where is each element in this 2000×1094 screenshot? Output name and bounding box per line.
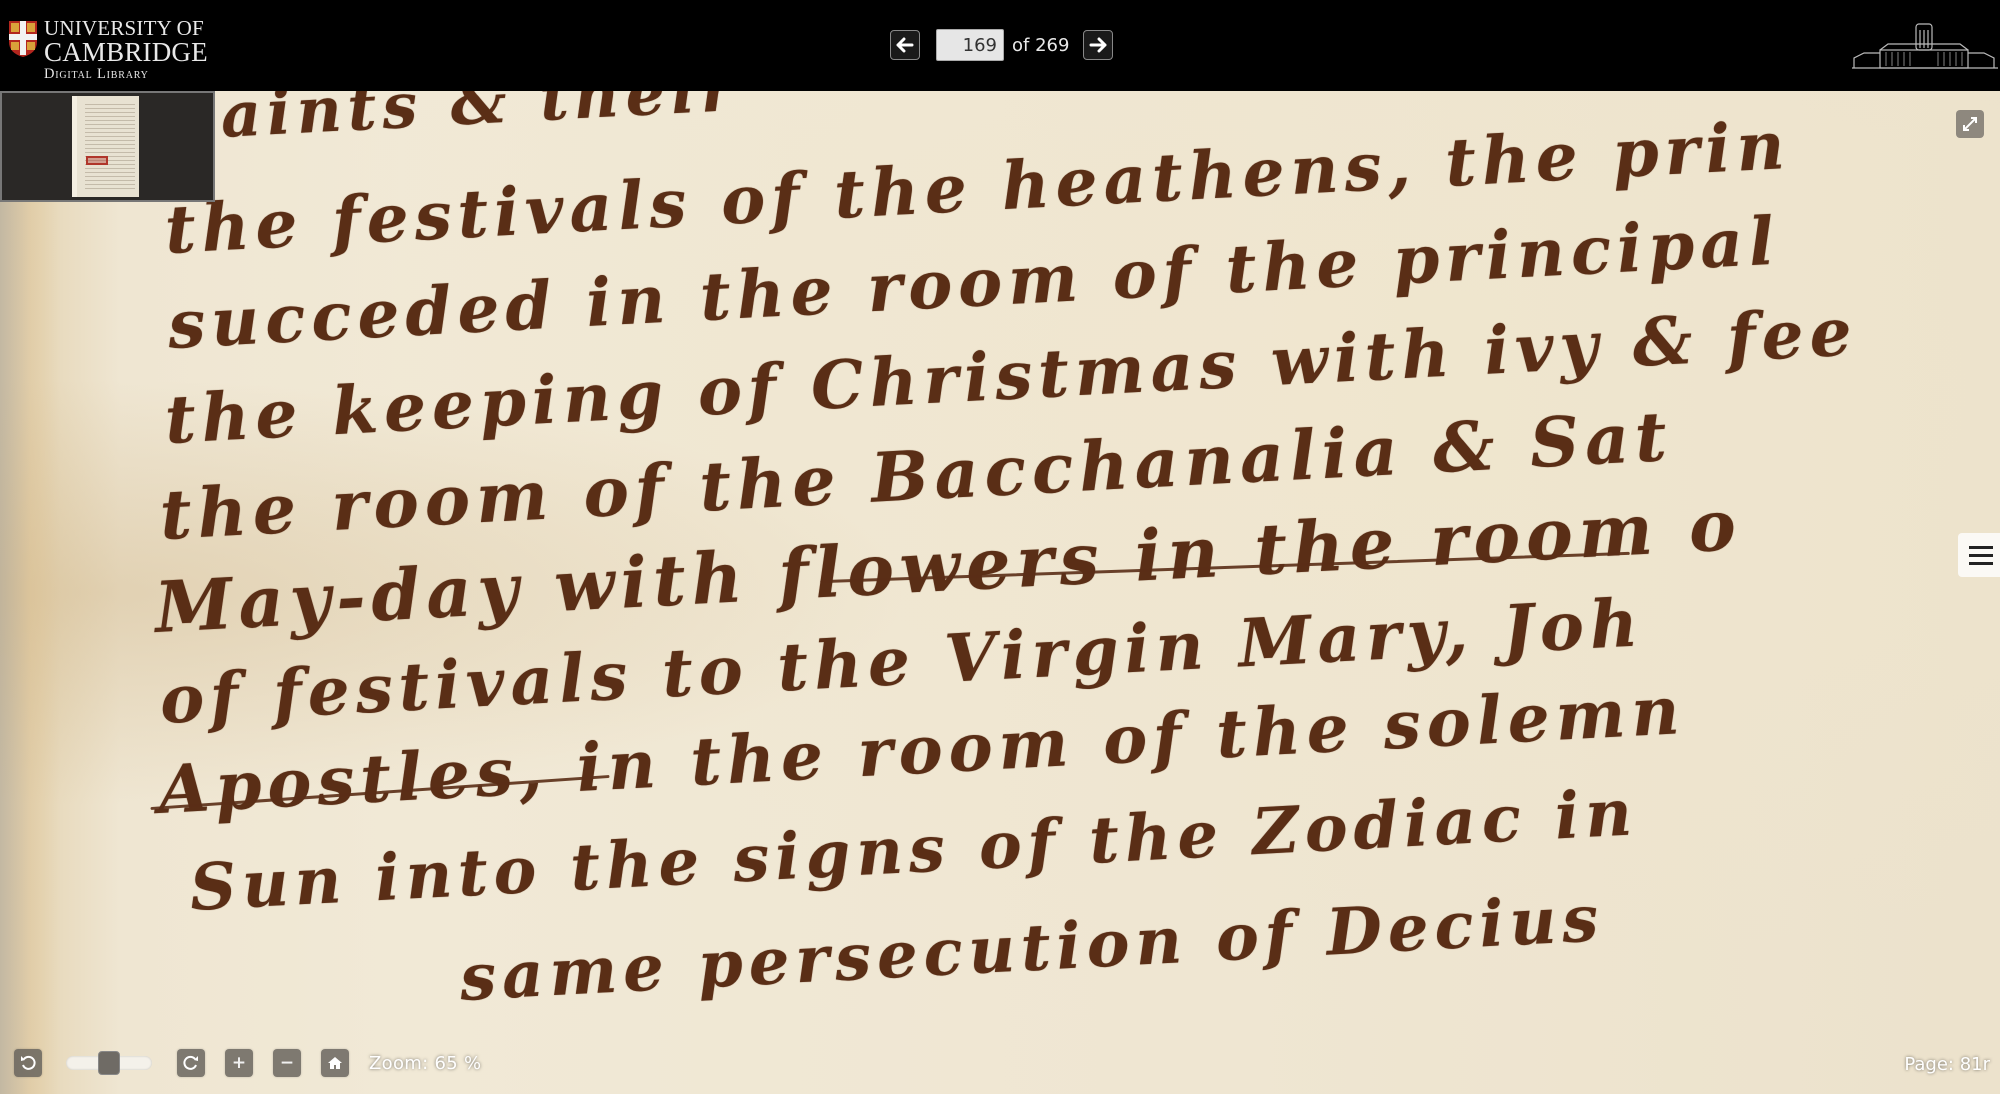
slider-thumb[interactable] bbox=[98, 1051, 120, 1075]
university-shield-icon bbox=[8, 20, 38, 58]
rotate-right-button[interactable] bbox=[177, 1049, 205, 1077]
arrow-right-icon bbox=[1089, 36, 1107, 54]
home-icon bbox=[327, 1055, 343, 1071]
page-folio-label: Page: 81r bbox=[1904, 1054, 1990, 1075]
logo-line-university: UNIVERSITY OF bbox=[44, 18, 208, 39]
next-page-button[interactable] bbox=[1083, 30, 1113, 60]
rotate-left-button[interactable] bbox=[14, 1049, 42, 1077]
rotate-left-icon bbox=[19, 1054, 37, 1072]
thumbnail-navigator[interactable] bbox=[0, 91, 215, 202]
page-navigator: of 269 bbox=[890, 29, 1113, 61]
rotate-right-icon bbox=[182, 1054, 200, 1072]
side-menu-toggle[interactable] bbox=[1958, 533, 2000, 577]
manuscript-line: saints & their bbox=[178, 91, 741, 154]
previous-page-button[interactable] bbox=[890, 30, 920, 60]
library-building-icon[interactable] bbox=[1850, 20, 2000, 72]
logo-line-digital-library: Digital Library bbox=[44, 67, 208, 82]
arrow-left-icon bbox=[896, 36, 914, 54]
navigator-viewport-indicator[interactable] bbox=[86, 156, 108, 165]
home-button[interactable] bbox=[321, 1049, 349, 1077]
navigator-page-thumbnail[interactable] bbox=[72, 96, 139, 197]
rotation-slider[interactable] bbox=[66, 1056, 152, 1070]
zoom-in-button[interactable]: + bbox=[225, 1049, 253, 1077]
zoom-level-label: Zoom: 65 % bbox=[369, 1053, 481, 1074]
zoom-out-button[interactable]: − bbox=[273, 1049, 301, 1077]
viewer-controls: + − Zoom: 65 % bbox=[14, 1049, 481, 1077]
manuscript-page-image[interactable]: saints & theirthe festivals of the heath… bbox=[0, 91, 2000, 1094]
fullscreen-button[interactable] bbox=[1956, 110, 1984, 138]
top-header: UNIVERSITY OF CAMBRIDGE Digital Library … bbox=[0, 0, 2000, 91]
minus-icon: − bbox=[280, 1053, 294, 1073]
page-total-label: of 269 bbox=[1012, 35, 1069, 56]
manuscript-viewer[interactable]: saints & theirthe festivals of the heath… bbox=[0, 91, 2000, 1094]
page-number-input[interactable] bbox=[936, 29, 1004, 61]
logo-line-cambridge: CAMBRIDGE bbox=[44, 39, 208, 66]
expand-icon bbox=[1961, 115, 1979, 133]
plus-icon: + bbox=[232, 1053, 246, 1073]
hamburger-menu-icon bbox=[1969, 546, 1993, 549]
cambridge-digital-library-logo[interactable]: UNIVERSITY OF CAMBRIDGE Digital Library bbox=[8, 18, 208, 82]
